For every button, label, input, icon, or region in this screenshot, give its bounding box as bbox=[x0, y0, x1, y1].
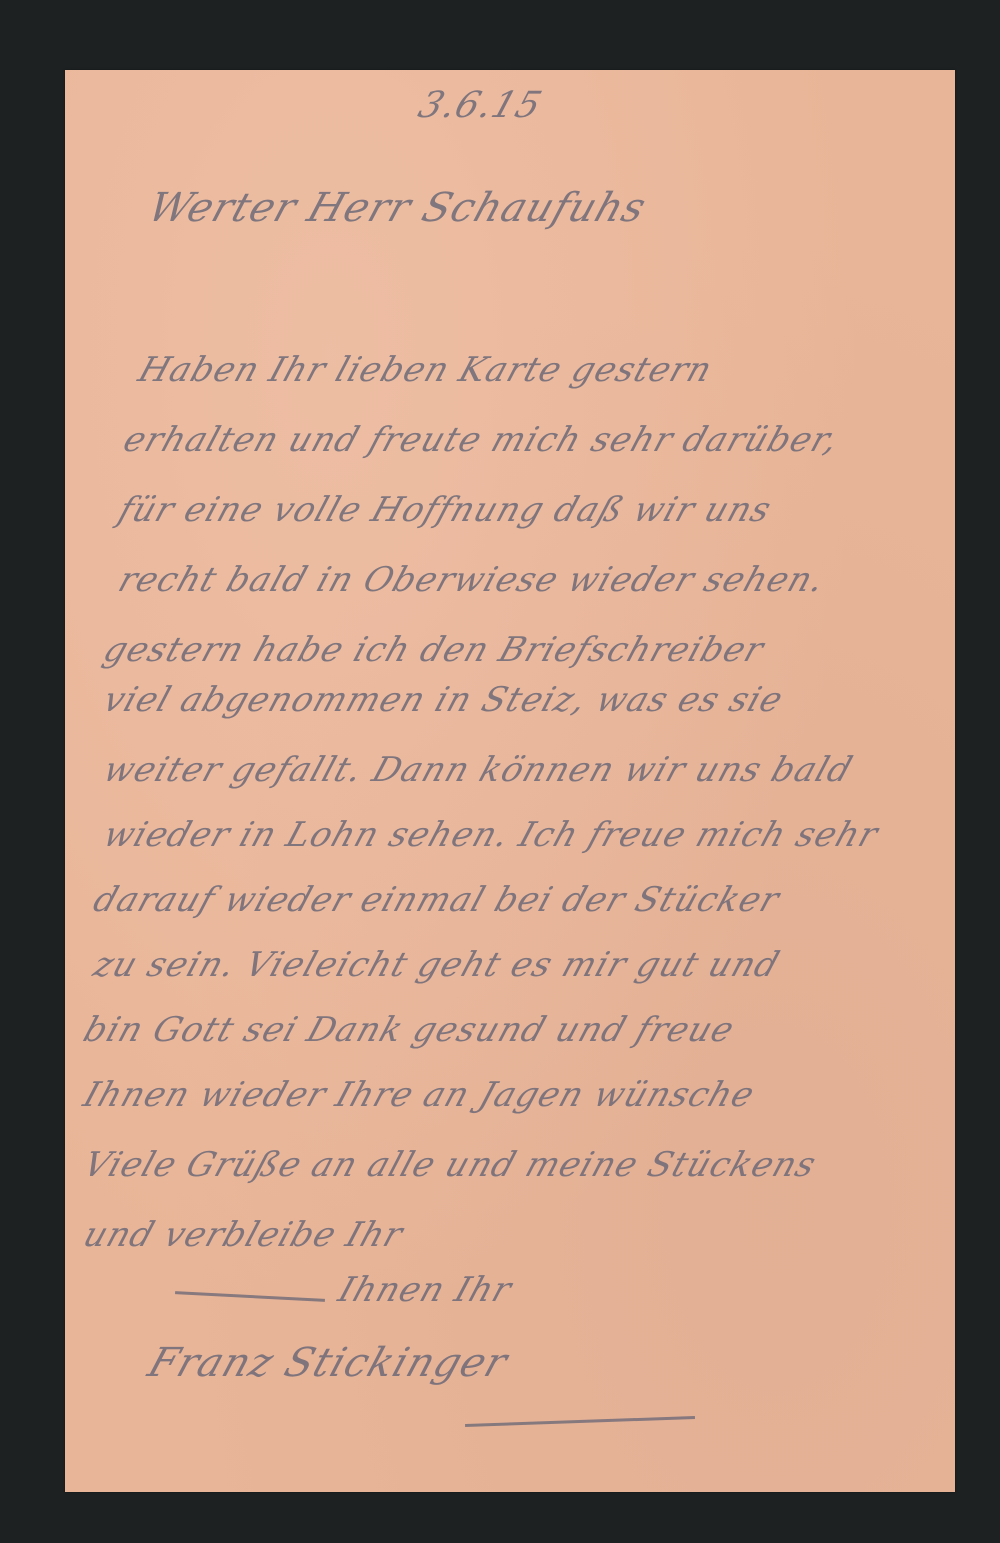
decorative-stroke bbox=[175, 1291, 325, 1302]
body-line: für eine volle Hoffnung daß wir uns bbox=[114, 490, 777, 530]
body-line: Viele Grüße an alle und meine Stückens bbox=[79, 1145, 822, 1185]
body-line: recht bald in Oberwiese wieder sehen. bbox=[114, 560, 831, 600]
body-line: erhalten und freute mich sehr darüber, bbox=[119, 420, 845, 460]
body-line: bin Gott sei Dank gesund und freue bbox=[79, 1010, 740, 1050]
body-line: zu sein. Vieleicht geht es mir gut und bbox=[89, 945, 785, 985]
body-line: gestern habe ich den Briefschreiber bbox=[99, 630, 770, 670]
signature: Franz Stickinger bbox=[143, 1340, 514, 1386]
body-line: Ihnen Ihr bbox=[334, 1270, 518, 1310]
salutation: Werter Herr Schaufuhs bbox=[143, 185, 653, 231]
body-line: wieder in Lohn sehen. Ich freue mich seh… bbox=[99, 815, 884, 855]
postcard: 3.6.15 Werter Herr Schaufuhs Haben Ihr l… bbox=[65, 70, 955, 1492]
date: 3.6.15 bbox=[413, 85, 547, 126]
body-line: viel abgenommen in Steiz, was es sie bbox=[99, 680, 789, 720]
body-line: Ihnen wieder Ihre an Jagen wünsche bbox=[79, 1075, 760, 1115]
body-line: Haben Ihr lieben Karte gestern bbox=[134, 350, 718, 390]
body-line: weiter gefallt. Dann können wir uns bald bbox=[99, 750, 858, 790]
body-line: und verbleibe Ihr bbox=[79, 1215, 409, 1255]
signature-underline bbox=[465, 1416, 695, 1427]
body-line: darauf wieder einmal bei der Stücker bbox=[89, 880, 785, 920]
